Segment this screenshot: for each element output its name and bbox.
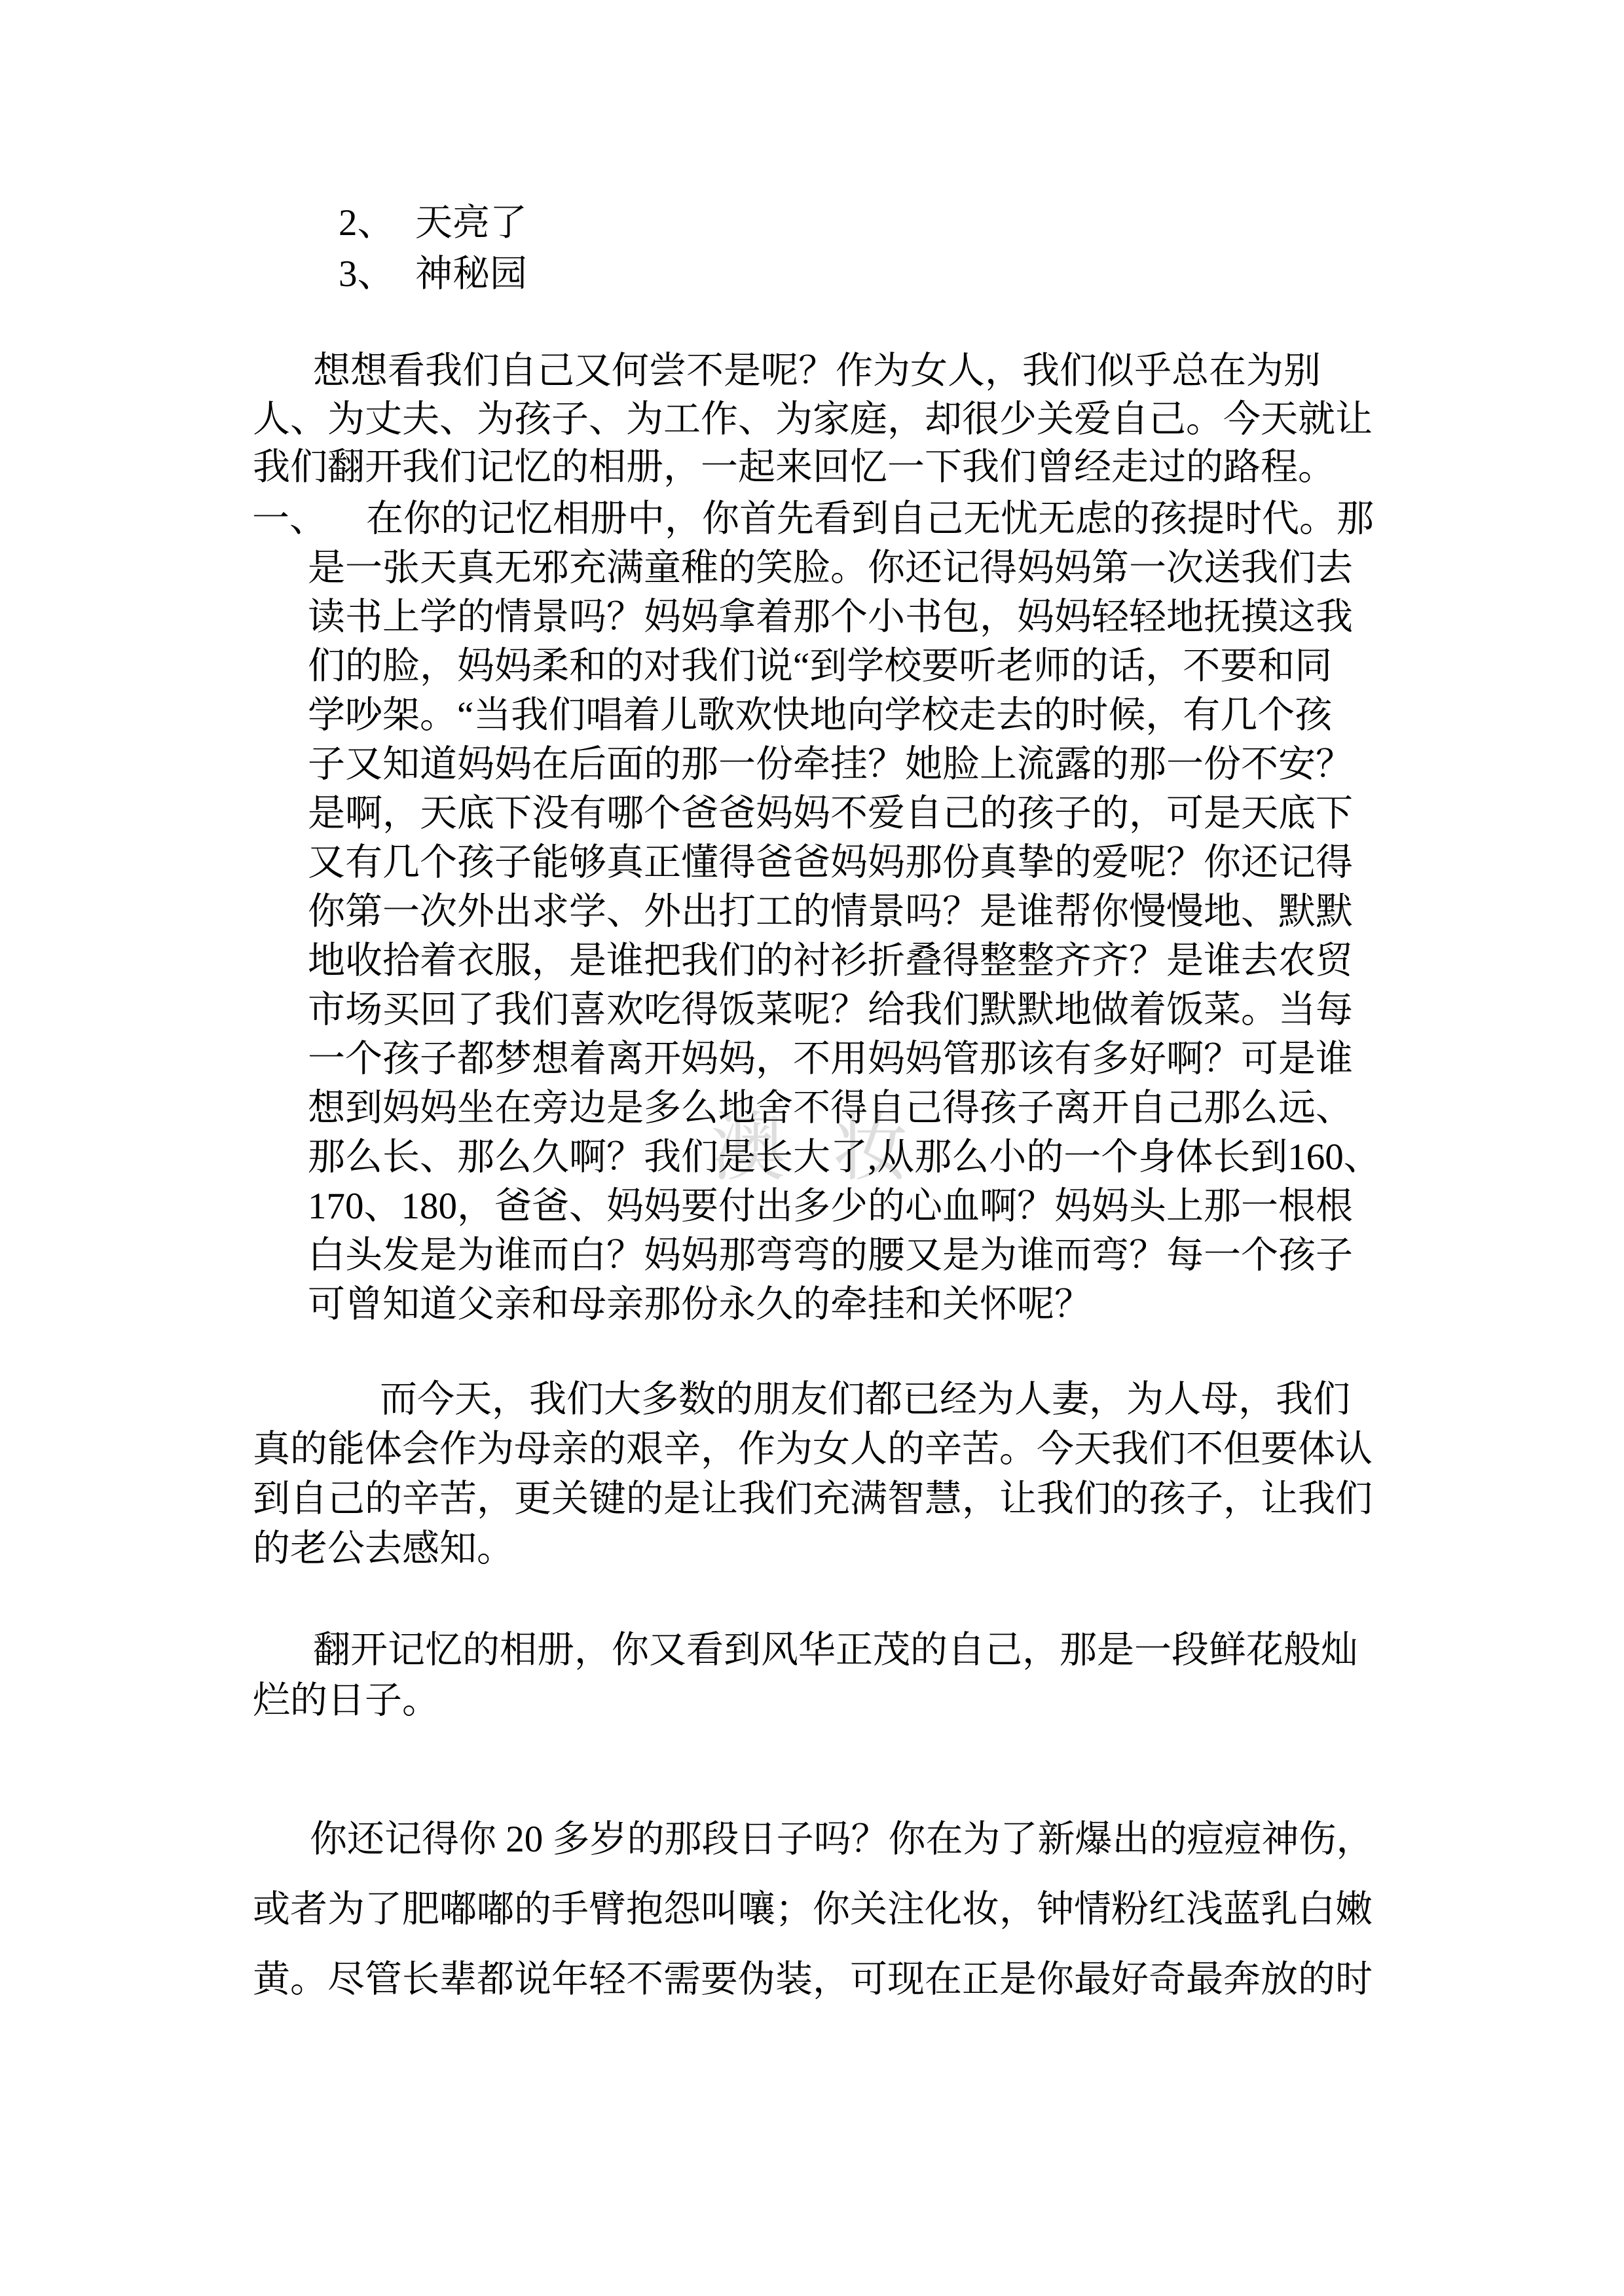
- text-line: 的老公去感知。: [253, 1524, 1373, 1574]
- list-number-3: 3、: [339, 249, 415, 300]
- list-number-2: 2、: [339, 198, 415, 249]
- text-line: 学吵架。“当我们唱着儿歌欢快地向学校走去的时候，有几个孩: [252, 691, 1381, 740]
- text-line: 你还记得你 20 多岁的那段日子吗？你在为了新爆出的痘痘神伤，: [253, 1804, 1374, 1874]
- text-line: 烂的日子。: [253, 1675, 1358, 1726]
- list-item-one: 一、在你的记忆相册中，你首先看到自己无忧无虑的孩提时代。那 是一张天真无邪充满童…: [252, 494, 1381, 1329]
- paragraph-intro: 想想看我们自己又何尝不是呢？作为女人，我们似乎总在为别人、为丈夫、为孩子、为工作…: [253, 347, 1373, 492]
- numbered-list-item: 2、天亮了: [339, 198, 527, 249]
- numbered-list: 2、天亮了 3、神秘园: [339, 198, 527, 300]
- text-line: 是啊，天底下没有哪个爸爸妈妈不爱自己的孩子的，可是天底下: [252, 789, 1381, 838]
- text-line: 想到妈妈坐在旁边是多么地舍不得自己得孩子离开自己那么远、: [252, 1084, 1381, 1133]
- text-line: 又有几个孩子能够真正懂得爸爸妈妈那份真挚的爱呢？你还记得: [252, 838, 1381, 887]
- paragraph-today: 而今天，我们大多数的朋友们都已经为人妻，为人母，我们真的能体会作为母亲的艰辛，作…: [253, 1375, 1373, 1574]
- list-item-first-line: 一、在你的记忆相册中，你首先看到自己无忧无虑的孩提时代。那: [252, 494, 1381, 543]
- list-marker-one: 一、: [252, 494, 366, 543]
- text-line: 黄。尽管长辈都说年轻不需要伪装，可现在正是你最好奇最奔放的时: [253, 1944, 1374, 2014]
- paragraph-youth: 你还记得你 20 多岁的那段日子吗？你在为了新爆出的痘痘神伤，或者为了肥嘟嘟的手…: [253, 1804, 1374, 2014]
- text-line: 到自己的辛苦，更关键的是让我们充满智慧，让我们的孩子，让我们: [253, 1474, 1373, 1524]
- numbered-list-item: 3、神秘园: [339, 249, 527, 300]
- text-line: 市场买回了我们喜欢吃得饭菜呢？给我们默默地做着饭菜。当每: [252, 985, 1381, 1034]
- list-item-text: 神秘园: [415, 253, 527, 295]
- text-line: 想想看我们自己又何尝不是呢？作为女人，我们似乎总在为别: [253, 347, 1373, 395]
- text-line: 而今天，我们大多数的朋友们都已经为人妻，为人母，我们: [253, 1375, 1373, 1425]
- text-line: 我们翻开我们记忆的相册，一起来回忆一下我们曾经走过的路程。: [253, 443, 1373, 492]
- text-line: 你第一次外出求学、外出打工的情景吗？是谁帮你慢慢地、默默: [252, 887, 1381, 936]
- text-line: 或者为了肥嘟嘟的手臂抱怨叫嚷；你关注化妆，钟情粉红浅蓝乳白嫩: [253, 1874, 1374, 1944]
- text-line: 人、为丈夫、为孩子、为工作、为家庭，却很少关爱自己。今天就让: [253, 395, 1373, 444]
- text-line: 可曾知道父亲和母亲那份永久的牵挂和关怀呢？: [252, 1280, 1381, 1329]
- text-line: 们的脸，妈妈柔和的对我们说“到学校要听老师的话，不要和同: [252, 642, 1381, 691]
- document-page: 澳妆 2、天亮了 3、神秘园 想想看我们自己又何尝不是呢？作为女人，我们似乎总在…: [0, 0, 1624, 2296]
- paragraph-album: 翻开记忆的相册，你又看到风华正茂的自己，那是一段鲜花般灿烂的日子。: [253, 1625, 1358, 1726]
- list-item-first-text: 在你的记忆相册中，你首先看到自己无忧无虑的孩提时代。那: [366, 498, 1374, 539]
- list-item-wrapped-lines: 是一张天真无邪充满童稚的笑脸。你还记得妈妈第一次送我们去读书上学的情景吗？妈妈拿…: [252, 543, 1381, 1329]
- text-line: 地收拾着衣服，是谁把我们的衬衫折叠得整整齐齐？是谁去农贸: [252, 936, 1381, 985]
- text-line: 是一张天真无邪充满童稚的笑脸。你还记得妈妈第一次送我们去: [252, 543, 1381, 592]
- text-line: 一个孩子都梦想着离开妈妈，不用妈妈管那该有多好啊？可是谁: [252, 1034, 1381, 1084]
- text-line: 子又知道妈妈在后面的那一份牵挂？她脸上流露的那一份不安？: [252, 740, 1381, 789]
- text-line: 白头发是为谁而白？妈妈那弯弯的腰又是为谁而弯？每一个孩子: [252, 1231, 1381, 1280]
- text-line: 翻开记忆的相册，你又看到风华正茂的自己，那是一段鲜花般灿: [253, 1625, 1358, 1675]
- text-line: 真的能体会作为母亲的艰辛，作为女人的辛苦。今天我们不但要体认: [253, 1425, 1373, 1474]
- text-line: 读书上学的情景吗？妈妈拿着那个小书包，妈妈轻轻地抚摸这我: [252, 592, 1381, 642]
- list-item-text: 天亮了: [415, 202, 527, 244]
- text-line: 170、180，爸爸、妈妈要付出多少的心血啊？妈妈头上那一根根: [252, 1182, 1381, 1231]
- text-line: 那么长、那么久啊？我们是长大了,从那么小的一个身体长到160、: [252, 1133, 1381, 1182]
